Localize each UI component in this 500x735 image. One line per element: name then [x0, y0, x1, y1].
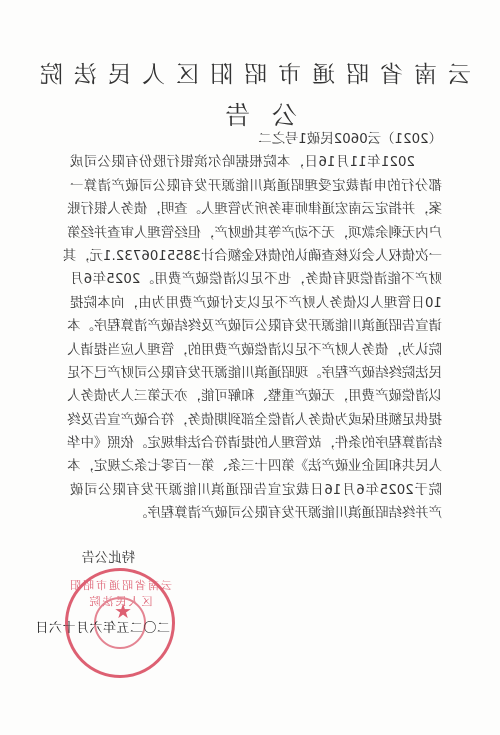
notice-document: 云南省昭通市昭阳区人民法院 公告 （2021）云0602民破1号之二 2021年… — [0, 0, 500, 735]
body-line: 请宣告昭通滇川能源开发有限公司破产及终结破产清算程序。本 — [70, 315, 442, 338]
body-line: 结清算程序的条件，故管理人的提请符合法律规定。依照《中华 — [70, 432, 442, 455]
body-line: 提供足额担保或为债务人清偿全部到期债务，符合破产宣告及终 — [70, 409, 442, 432]
closing-text: 特此公告 — [81, 547, 135, 566]
notice-heading: 公告 — [0, 96, 500, 132]
body-line: 院认为，债务人财产不足以清偿破产费用的，管理人应当提请人 — [70, 339, 442, 362]
body-line: 以清偿破产费用，无破产重整、和解可能，亦无第三人为债务人 — [70, 385, 442, 408]
body-line: 民法院终结破产程序。现昭通滇川能源开发有限公司财产已不足 — [70, 362, 442, 385]
body-line: 户内无剩余款项，无不动产等其他财产，但经管理人审查并经第 — [70, 222, 442, 245]
body-line: 一次债权人会议核查确认的债权金额合计3855106732.1元，其 — [70, 245, 442, 268]
notice-body: （2021）云0602民破1号之二 2021年11月16日，本院根据哈尔滨银行股… — [70, 128, 442, 526]
body-line: 院于2025年6月16日裁定宣告昭通滇川能源开发有限公司破 — [70, 479, 442, 502]
body-line: 都分行的申请裁定受理昭通滇川能源开发有限公司破产清算一 — [70, 175, 442, 198]
body-line: 2021年11月16日，本院根据哈尔滨银行股份有限公司成 — [70, 151, 442, 174]
body-line: 产并终结昭通滇川能源开发有限公司破产清算程序。 — [70, 502, 442, 525]
body-line: 10日管理人以债务人财产不足以支付破产费用为由，向本院提 — [70, 292, 442, 315]
body-line: 人民共和国企业破产法》第四十三条、第一百零七条之规定，本 — [70, 455, 442, 478]
body-line: 案，并指定云南宏通律师事务所为管理人。查明，债务人银行账 — [70, 198, 442, 221]
case-number: （2021）云0602民破1号之二 — [70, 128, 442, 151]
notice-date: 二〇二五年六月十六日 — [35, 617, 170, 636]
court-title: 云南省昭通市昭阳区人民法院 — [0, 56, 500, 89]
body-line: 财产不能清偿现有债务，也不足以清偿破产费用。2025年6月 — [70, 268, 442, 291]
